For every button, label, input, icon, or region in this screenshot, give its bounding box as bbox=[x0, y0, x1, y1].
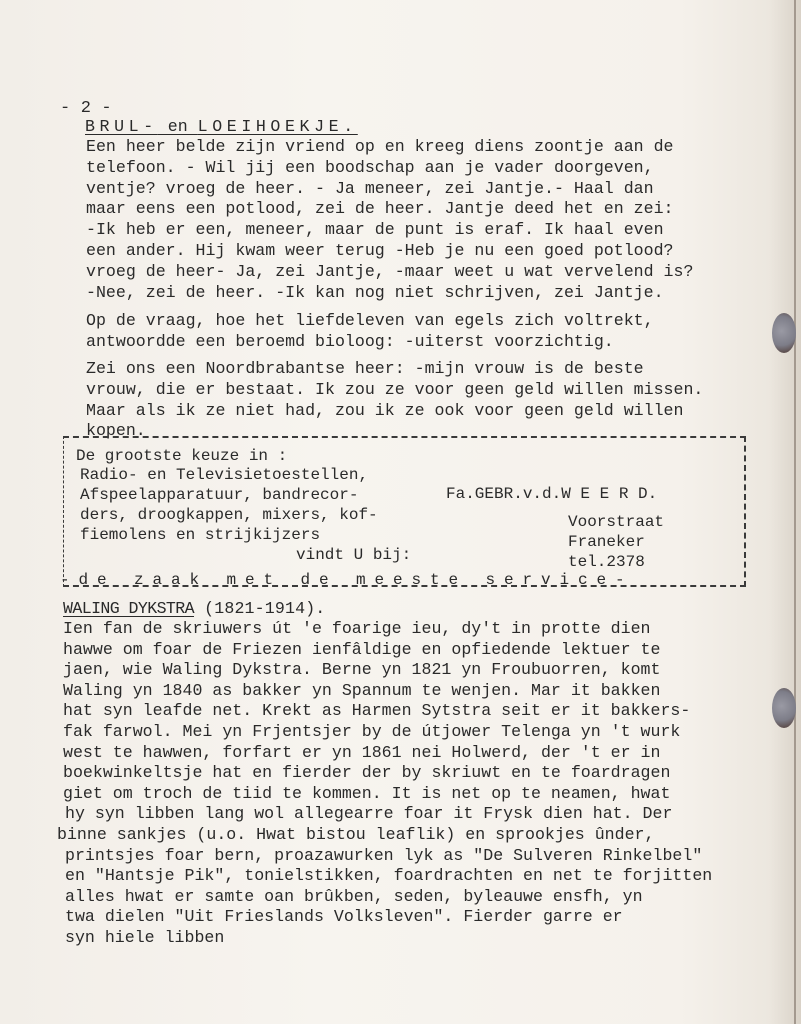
punch-hole-bottom bbox=[772, 688, 796, 728]
biography-text: Ien fan de skriuwers út 'e foarige ieu, … bbox=[63, 619, 763, 949]
text-line: syn hiele libben bbox=[63, 928, 763, 949]
ad-street: Voorstraat bbox=[568, 512, 664, 532]
ad-city: Franeker bbox=[568, 532, 645, 552]
text-line: west te hawwen, forfart er yn 1861 nei H… bbox=[63, 743, 763, 764]
text-line: hy syn libben lang wol allegearre foar i… bbox=[63, 804, 763, 825]
bio-years: (1821-1914). bbox=[194, 599, 325, 618]
joke-hedgehogs: Op de vraag, hoe het liefdeleven van ege… bbox=[86, 311, 776, 353]
document-page: - 2 - BRUL- en LOEIHOEKJE. Een heer beld… bbox=[0, 0, 801, 1024]
ad-phone: tel.2378 bbox=[568, 552, 645, 572]
ad-product-line: ders, droogkappen, mixers, kof- bbox=[80, 505, 378, 525]
ad-product-line: fiemolens en strijkijzers bbox=[80, 525, 320, 545]
heading-part-2: LOEIHOEKJE. bbox=[198, 117, 358, 136]
text-line: vrouw, die er bestaat. Ik zou ze voor ge… bbox=[86, 380, 776, 401]
text-line: alles hwat er samte oan brûkben, seden, … bbox=[63, 887, 763, 908]
text-line: Een heer belde zijn vriend op en kreeg d… bbox=[86, 137, 776, 158]
text-line: ventje? vroeg de heer. - Ja meneer, zei … bbox=[86, 179, 776, 200]
section-heading-waling-dykstra: WALING DYKSTRA (1821-1914). bbox=[63, 598, 325, 619]
page-edge bbox=[794, 0, 796, 1024]
ad-product-line: Afspeelapparatuur, bandrecor- bbox=[80, 485, 358, 505]
text-line: antwoordde een beroemd bioloog: -uiterst… bbox=[86, 332, 776, 353]
text-line: -Nee, zei de heer. -Ik kan nog niet schr… bbox=[86, 283, 776, 304]
text-line: Maar als ik ze niet had, zou ik ze ook v… bbox=[86, 401, 776, 422]
ad-product-line: Radio- en Televisietoestellen, bbox=[80, 465, 368, 485]
text-line: hawwe om foar de Friezen ienfâldige en o… bbox=[63, 640, 763, 661]
text-line: en "Hantsje Pik", tonielstikken, foardra… bbox=[63, 866, 763, 887]
text-line: twa dielen "Uit Frieslands Volksleven". … bbox=[63, 907, 763, 928]
text-line: vroeg de heer- Ja, zei Jantje, -maar wee… bbox=[86, 262, 776, 283]
text-line: maar eens een potlood, zei de heer. Jant… bbox=[86, 199, 776, 220]
joke-noordbrabant: Zei ons een Noordbrabantse heer: -mijn v… bbox=[86, 359, 776, 442]
text-line: Zei ons een Noordbrabantse heer: -mijn v… bbox=[86, 359, 776, 380]
text-line: telefoon. - Wil jij een boodschap aan je… bbox=[86, 158, 776, 179]
section-heading-brul-en-loeihoekje: BRUL- en LOEIHOEKJE. bbox=[85, 116, 358, 137]
text-line: Waling yn 1840 as bakker yn Spannum te w… bbox=[63, 681, 763, 702]
text-line: binne sankjes (u.o. Hwat bistou leaflik)… bbox=[57, 825, 763, 846]
ad-heading: De grootste keuze in : bbox=[76, 446, 287, 466]
ad-firm-name: Fa.GEBR.v.d.W E E R D. bbox=[446, 484, 657, 504]
text-line: jaen, wie Waling Dykstra. Berne yn 1821 … bbox=[63, 660, 763, 681]
text-line: Ien fan de skriuwers út 'e foarige ieu, … bbox=[63, 619, 763, 640]
text-line: hat syn leafde net. Krekt as Harmen Syts… bbox=[63, 701, 763, 722]
ad-find-at: vindt U bij: bbox=[296, 545, 411, 565]
heading-part-1: BRUL- bbox=[85, 117, 158, 136]
text-line: fak farwol. Mei yn Frjentsjer by de útjo… bbox=[63, 722, 763, 743]
text-line: Op de vraag, hoe het liefdeleven van ege… bbox=[86, 311, 776, 332]
heading-mid: en bbox=[158, 117, 198, 136]
text-line: een ander. Hij kwam weer terug -Heb je n… bbox=[86, 241, 776, 262]
text-line: printsjes foar bern, proazawurken lyk as… bbox=[63, 846, 763, 867]
text-line: boekwinkeltsje hat en fierder der by skr… bbox=[63, 763, 763, 784]
ad-slogan: -de zaak met de meeste service- bbox=[60, 570, 634, 590]
bio-name: WALING DYKSTRA bbox=[63, 599, 194, 618]
text-line: -Ik heb er een, meneer, maar de punt is … bbox=[86, 220, 776, 241]
text-line: giet om troch de tiid te kommen. It is n… bbox=[63, 784, 763, 805]
joke-telephone: Een heer belde zijn vriend op en kreeg d… bbox=[86, 137, 776, 303]
